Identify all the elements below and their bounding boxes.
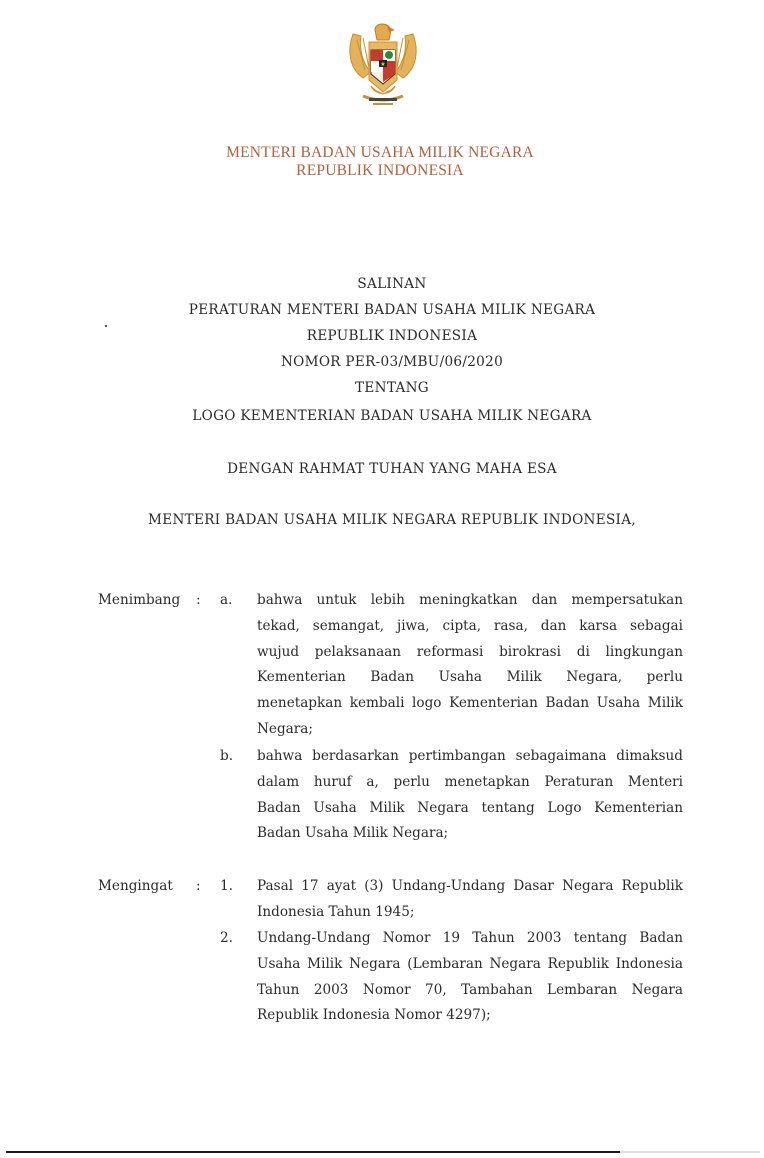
letterhead-country: REPUBLIK INDONESIA [0,162,762,180]
regulation-subject: LOGO KEMENTERIAN BADAN USAHA MILIK NEGAR… [0,408,764,424]
menimbang-colon: : [196,592,201,608]
menimbang-item-a-text: bahwa untuk lebih meningkatkan dan mempe… [257,588,683,743]
copy-label: SALINAN [0,276,764,292]
menimbang-item-b-text: bahwa berdasarkan pertimbangan sebagaima… [257,744,683,847]
regulation-about: TENTANG [0,380,764,396]
letterhead-ministry: MENTERI BADAN USAHA MILIK NEGARA [0,144,762,162]
mengingat-item-2-marker: 2. [220,930,233,946]
scan-speck [105,325,107,327]
regulation-number: NOMOR PER-03/MBU/06/2020 [0,354,764,370]
mengingat-colon: : [196,878,201,894]
mengingat-item-1-text: Pasal 17 ayat (3) Undang-Undang Dasar Ne… [257,874,683,926]
menimbang-label: Menimbang [98,592,180,608]
mengingat-item-1-marker: 1. [220,878,233,894]
garuda-emblem-icon: ★ [345,20,421,112]
regulation-title: PERATURAN MENTERI BADAN USAHA MILIK NEGA… [0,302,764,318]
regulation-country: REPUBLIK INDONESIA [0,328,764,344]
footer-rule-faint [620,1151,760,1153]
issuer: MENTERI BADAN USAHA MILIK NEGARA REPUBLI… [0,512,764,528]
menimbang-item-a-marker: a. [220,592,232,608]
menimbang-item-b-marker: b. [220,748,233,764]
mengingat-item-2-text: Undang-Undang Nomor 19 Tahun 2003 tentan… [257,926,683,1029]
invocation: DENGAN RAHMAT TUHAN YANG MAHA ESA [0,461,764,477]
mengingat-label: Mengingat [98,878,173,894]
svg-text:★: ★ [380,61,385,68]
